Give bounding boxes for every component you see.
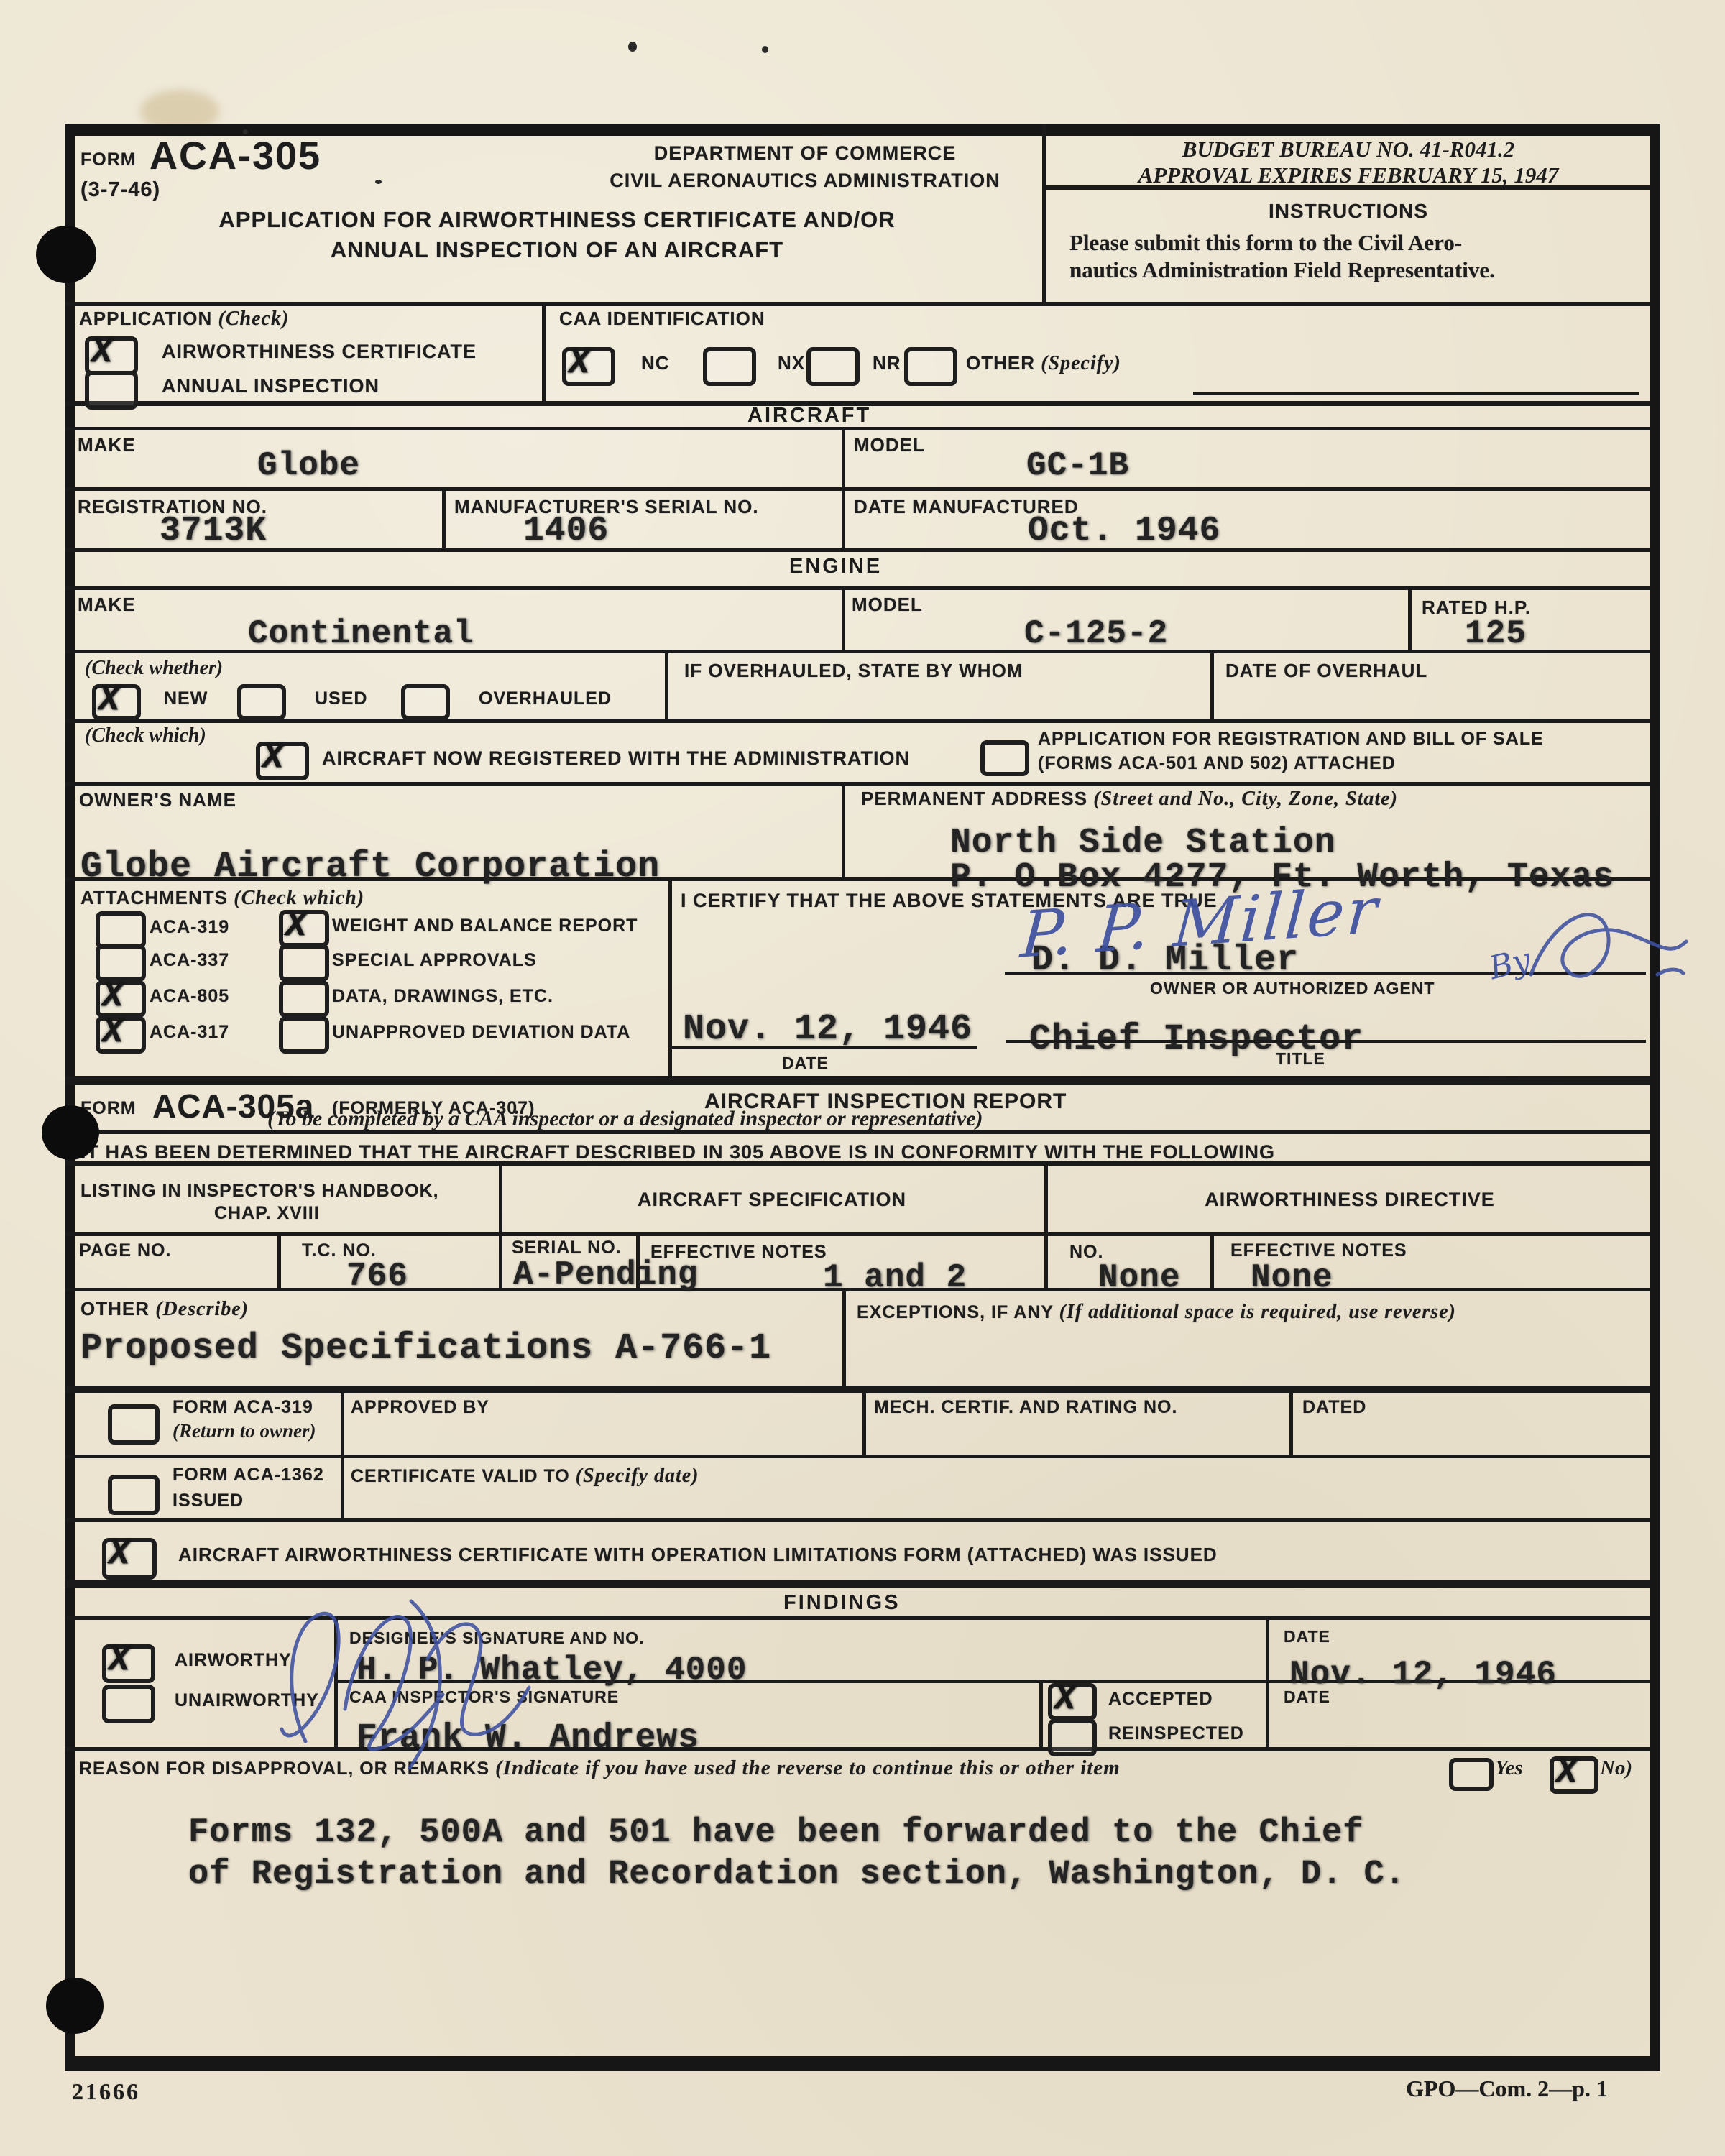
permanent-address-label-note: (Street and No., City, Zone, State) <box>1093 788 1398 810</box>
engine-overhauled-checkbox[interactable] <box>401 684 450 720</box>
speck <box>243 129 248 134</box>
tc-no-value: 766 <box>346 1258 408 1295</box>
rule <box>1044 1232 1048 1289</box>
aca337-label: ACA-337 <box>149 950 229 971</box>
date-manufactured-value: Oct. 1946 <box>1028 512 1220 550</box>
aircraft-make-label: MAKE <box>78 434 136 456</box>
owner-agent-caption: OWNER OR AUTHORIZED AGENT <box>1150 979 1435 998</box>
airworthiness-issued-label: AIRCRAFT AIRWORTHINESS CERTIFICATE WITH … <box>178 1544 1218 1566</box>
unairworthy-checkbox[interactable] <box>102 1685 155 1723</box>
deviation-data-label: UNAPPROVED DEVIATION DATA <box>332 1022 630 1043</box>
owner-name-value: Globe Aircraft Corporation <box>80 847 660 888</box>
special-approvals-checkbox[interactable] <box>279 944 329 982</box>
deviation-data-checkbox[interactable] <box>279 1016 329 1054</box>
form-aca1362-label: FORM ACA-1362 <box>172 1465 324 1485</box>
rule <box>65 1455 1650 1458</box>
rule <box>65 1518 1650 1522</box>
engine-make-value: Continental <box>248 615 474 653</box>
footer-gpo-note: GPO—Com. 2—p. 1 <box>1406 2076 1608 2102</box>
application-label-note: (Check) <box>218 308 290 330</box>
scanned-form-page: FORM ACA-305 (3-7-46) DEPARTMENT OF COMM… <box>0 0 1725 2156</box>
aca319-label: ACA-319 <box>149 917 229 938</box>
reason-yes-checkbox[interactable] <box>1449 1758 1494 1791</box>
aca317-label: ACA-317 <box>149 1022 229 1043</box>
agent-initials-scribble <box>1517 888 1689 1003</box>
form-revision: (3-7-46) <box>80 178 160 202</box>
department-line1: DEPARTMENT OF COMMERCE <box>582 142 1028 165</box>
department-line2: CIVIL AERONAUTICS ADMINISTRATION <box>582 170 1028 192</box>
other-label: OTHER (Specify) <box>966 352 1121 375</box>
bill-of-sale-label-line1: APPLICATION FOR REGISTRATION AND BILL OF… <box>1038 729 1544 750</box>
conformity-statement: IT HAS BEEN DETERMINED THAT THE AIRCRAFT… <box>80 1141 1275 1164</box>
aca319-checkbox[interactable] <box>96 911 146 949</box>
rule <box>542 302 546 402</box>
engine-model-label: MODEL <box>852 594 923 616</box>
rule <box>1042 124 1046 302</box>
registered-checkbox[interactable] <box>256 742 309 780</box>
certificate-valid-label-text: CERTIFICATE VALID TO <box>351 1466 570 1486</box>
airworthiness-certificate-label: AIRWORTHINESS CERTIFICATE <box>162 341 477 363</box>
reinspected-label: REINSPECTED <box>1108 1723 1244 1744</box>
rule <box>499 1232 502 1289</box>
engine-model-value: C-125-2 <box>1024 615 1168 653</box>
remarks-line1: Forms 132, 500A and 501 have been forwar… <box>188 1814 1363 1852</box>
rule <box>1039 1680 1043 1749</box>
form-aca1362-note: ISSUED <box>172 1491 244 1511</box>
rule <box>341 1455 344 1519</box>
check-x <box>109 1641 129 1680</box>
reinspected-checkbox[interactable] <box>1048 1719 1097 1756</box>
exceptions-label-text: EXCEPTIONS, IF ANY <box>857 1302 1054 1322</box>
nx-checkbox[interactable] <box>703 347 756 386</box>
form-number: ACA-305 <box>149 134 321 178</box>
hole-punch <box>36 226 96 283</box>
attachments-label-note: (Check which) <box>234 887 364 909</box>
check-x <box>569 344 589 383</box>
registration-no-value: 3713K <box>160 512 267 550</box>
handbook-header-line1: LISTING IN INSPECTOR'S HANDBOOK, <box>80 1181 439 1202</box>
other-checkbox[interactable] <box>904 347 957 386</box>
hole-punch <box>42 1105 99 1160</box>
rule <box>1266 1616 1269 1749</box>
other-describe-label-text: OTHER <box>80 1298 149 1319</box>
findings-date-label: DATE <box>1284 1627 1330 1646</box>
directive-header: AIRWORTHINESS DIRECTIVE <box>1048 1189 1652 1211</box>
rule <box>842 586 845 651</box>
instructions-title: INSTRUCTIONS <box>1057 200 1640 223</box>
footer-plate-number: 21666 <box>72 2078 140 2105</box>
thick-rule <box>65 1386 1650 1393</box>
rule <box>665 650 668 720</box>
permanent-address-label-text: PERMANENT ADDRESS <box>861 788 1087 809</box>
rule <box>65 487 1650 491</box>
rule <box>1289 1393 1293 1456</box>
exceptions-label-note: (If additional space is required, use re… <box>1059 1301 1456 1323</box>
accepted-label: ACCEPTED <box>1108 1689 1213 1710</box>
date-line <box>668 1046 977 1049</box>
rule <box>1210 1232 1214 1289</box>
check-x <box>91 333 112 372</box>
rule <box>65 548 1650 552</box>
aca317-checkbox[interactable] <box>96 1016 146 1054</box>
engine-make-label: MAKE <box>78 594 136 616</box>
aircraft-model-label: MODEL <box>854 434 925 456</box>
check-x <box>98 681 119 720</box>
check-x <box>1054 1680 1075 1719</box>
form-title-line1: APPLICATION FOR AIRWORTHINESS CERTIFICAT… <box>187 207 927 233</box>
rule <box>442 487 446 549</box>
mech-certif-label: MECH. CERTIF. AND RATING NO. <box>874 1397 1177 1418</box>
budget-bureau-line2: APPROVAL EXPIRES FEBRUARY 15, 1947 <box>1057 162 1640 188</box>
ad-notes-label: EFFECTIVE NOTES <box>1230 1240 1407 1261</box>
reason-label: REASON FOR DISAPPROVAL, OR REMARKS (Indi… <box>79 1756 1121 1780</box>
application-label: APPLICATION (Check) <box>79 308 289 331</box>
speck <box>628 42 637 52</box>
check-x <box>102 977 123 1016</box>
other-label-text: OTHER <box>966 352 1035 374</box>
weight-balance-checkbox[interactable] <box>279 910 329 947</box>
reason-label-note: (Indicate if you have used the reverse t… <box>495 1756 1121 1779</box>
rule <box>277 1232 281 1289</box>
rule <box>842 782 845 879</box>
certify-date-value: Nov. 12, 1946 <box>683 1009 972 1050</box>
form-aca319-label: FORM ACA-319 <box>172 1397 313 1418</box>
other-describe-label-note: (Describe) <box>155 1298 249 1320</box>
nc-checkbox[interactable] <box>562 347 615 386</box>
aircraft-model-value: GC-1B <box>1026 447 1129 484</box>
check-which-label: (Check which) <box>85 724 206 747</box>
form-word: FORM <box>80 149 137 170</box>
rule <box>65 782 1650 786</box>
inspection-report-subtitle: (To be completed by a CAA inspector or a… <box>267 1107 983 1131</box>
rule <box>341 1393 344 1456</box>
handbook-header-line2: CHAP. XVIII <box>214 1203 320 1224</box>
effective-notes-value: 1 and 2 <box>823 1259 967 1296</box>
serial-no-value: A-Pending <box>513 1256 698 1294</box>
registered-label: AIRCRAFT NOW REGISTERED WITH THE ADMINIS… <box>322 747 910 770</box>
check-x <box>102 1013 123 1052</box>
budget-bureau-line1: BUDGET BUREAU NO. 41-R041.2 <box>1057 137 1640 162</box>
reason-yes-label: Yes <box>1495 1756 1523 1780</box>
engine-new-checkbox[interactable] <box>92 684 141 720</box>
nx-label: NX <box>778 352 805 374</box>
engine-used-label: USED <box>315 688 367 709</box>
aca337-checkbox[interactable] <box>96 944 146 982</box>
rule <box>842 427 845 489</box>
spec-header: AIRCRAFT SPECIFICATION <box>499 1189 1045 1211</box>
reason-no-label: No) <box>1600 1756 1632 1780</box>
rule <box>65 302 1650 306</box>
application-label-text: APPLICATION <box>79 308 212 329</box>
bill-of-sale-checkbox[interactable] <box>980 740 1029 776</box>
page-no-label: PAGE NO. <box>79 1240 171 1261</box>
rule <box>1210 650 1214 720</box>
serial-no-label: SERIAL NO. <box>512 1238 622 1258</box>
form-aca319-note: (Return to owner) <box>172 1419 331 1443</box>
rule <box>65 1232 1650 1236</box>
title-line <box>1006 1040 1646 1043</box>
thick-rule <box>65 1076 1650 1085</box>
certificate-valid-label: CERTIFICATE VALID TO (Specify date) <box>351 1465 699 1488</box>
rule <box>65 586 1650 590</box>
nc-label: NC <box>641 352 670 374</box>
attachments-label: ATTACHMENTS (Check which) <box>80 887 364 910</box>
ad-no-value: None <box>1098 1259 1180 1296</box>
accepted-checkbox[interactable] <box>1048 1683 1097 1720</box>
engine-overhauled-label: OVERHAULED <box>479 688 612 709</box>
certificate-valid-label-note: (Specify date) <box>576 1465 699 1487</box>
annual-inspection-label: ANNUAL INSPECTION <box>162 375 379 397</box>
findings-date-value: Nov. 12, 1946 <box>1289 1656 1557 1693</box>
overhaul-date-label: DATE OF OVERHAUL <box>1225 660 1427 682</box>
check-x <box>262 739 283 778</box>
engine-section-title: ENGINE <box>789 555 882 579</box>
aircraft-section-title: AIRCRAFT <box>747 404 871 428</box>
exceptions-label: EXCEPTIONS, IF ANY (If additional space … <box>857 1299 1633 1325</box>
dated-label: DATED <box>1302 1397 1366 1418</box>
check-x <box>285 907 306 946</box>
engine-new-label: NEW <box>164 688 208 709</box>
attachments-label-text: ATTACHMENTS <box>80 887 228 908</box>
data-drawings-checkbox[interactable] <box>279 980 329 1018</box>
rated-hp-value: 125 <box>1465 615 1527 653</box>
rule <box>1408 586 1412 651</box>
other-describe-value: Proposed Specifications A-766-1 <box>80 1328 771 1369</box>
form-aca319-checkbox[interactable] <box>108 1404 160 1445</box>
remarks-line2: of Registration and Recordation section,… <box>188 1856 1406 1894</box>
nr-label: NR <box>873 352 901 374</box>
hole-punch <box>46 1978 103 2034</box>
weight-balance-label: WEIGHT AND BALANCE REPORT <box>332 916 638 936</box>
designee-signature-scribble <box>237 1572 568 1781</box>
aca805-label: ACA-805 <box>149 986 229 1007</box>
other-describe-label: OTHER (Describe) <box>80 1298 249 1321</box>
airworthy-checkbox[interactable] <box>102 1644 155 1683</box>
reason-no-checkbox[interactable] <box>1550 1756 1598 1794</box>
rule <box>862 1393 866 1456</box>
ad-notes-value: None <box>1251 1259 1333 1296</box>
fill-line <box>1193 392 1639 395</box>
findings-section-title: FINDINGS <box>783 1591 901 1615</box>
aca805-checkbox[interactable] <box>96 980 146 1018</box>
check-whether-label: (Check whether) <box>85 657 223 680</box>
aircraft-make-value: Globe <box>257 447 360 484</box>
rule <box>842 487 845 549</box>
other-label-note: (Specify) <box>1041 352 1121 374</box>
form-aca1362-checkbox[interactable] <box>108 1475 160 1515</box>
permanent-address-label: PERMANENT ADDRESS (Street and No., City,… <box>861 788 1398 811</box>
annual-inspection-checkbox[interactable] <box>85 371 138 410</box>
data-drawings-label: DATA, DRAWINGS, ETC. <box>332 986 553 1007</box>
airworthiness-issued-checkbox[interactable] <box>102 1538 157 1580</box>
certify-date-caption: DATE <box>782 1054 829 1073</box>
approved-by-label: APPROVED BY <box>351 1397 489 1418</box>
rule <box>65 719 1650 723</box>
bill-of-sale-label-line2: (FORMS ACA-501 AND 502) ATTACHED <box>1038 753 1396 774</box>
nr-checkbox[interactable] <box>806 347 860 386</box>
special-approvals-label: SPECIAL APPROVALS <box>332 950 537 971</box>
speck <box>762 46 768 53</box>
form-title-line2: ANNUAL INSPECTION OF AN AIRCRAFT <box>187 237 927 263</box>
speck <box>375 180 382 184</box>
caa-identification-label: CAA IDENTIFICATION <box>559 308 765 330</box>
owner-name-label: OWNER'S NAME <box>79 789 236 811</box>
airworthiness-certificate-checkbox[interactable] <box>85 336 138 375</box>
engine-used-checkbox[interactable] <box>237 684 286 720</box>
owner-address-line1: North Side Station <box>950 824 1335 862</box>
manufacturer-serial-value: 1406 <box>523 512 609 550</box>
instructions-line1: Please submit this form to the Civil Aer… <box>1069 230 1462 256</box>
check-x <box>1556 1754 1577 1792</box>
instructions-line2: nautics Administration Field Representat… <box>1069 257 1495 283</box>
rule <box>842 1288 846 1387</box>
check-x <box>109 1535 129 1574</box>
overhauled-by-label: IF OVERHAULED, STATE BY WHOM <box>684 660 1023 682</box>
